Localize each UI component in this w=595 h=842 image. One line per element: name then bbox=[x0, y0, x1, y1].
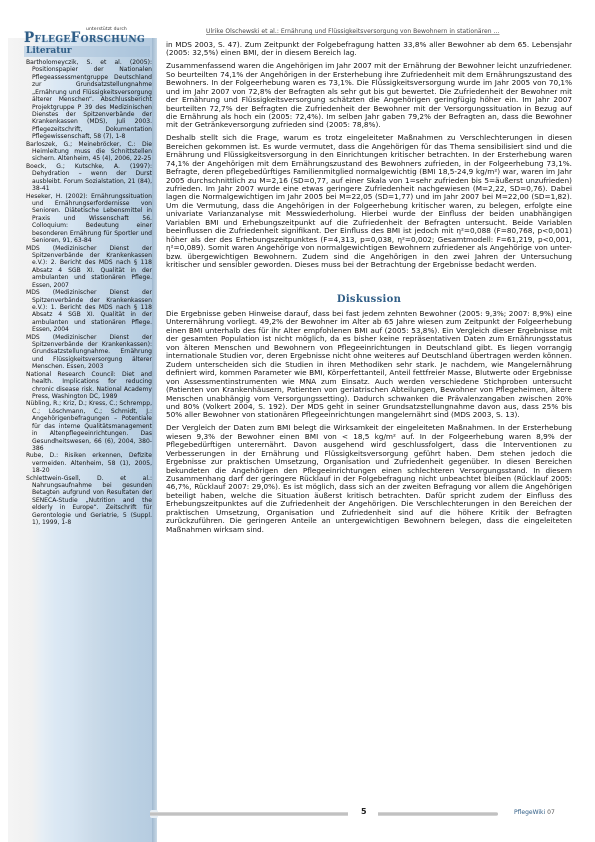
footer-rule-left bbox=[150, 812, 348, 816]
reference-item: MDS (Medizinischer Dienst der Spitzenver… bbox=[26, 289, 152, 334]
reference-item: Schlettwein-Gsell, D. et al.: Nahrungsau… bbox=[26, 475, 152, 527]
reference-item: National Research Council: Diet and heal… bbox=[26, 371, 152, 401]
journal-name: PflegeWiki bbox=[514, 809, 545, 816]
reference-item: MDS (Medizinischer Dienst der Spitzenver… bbox=[26, 245, 152, 290]
article-body: in MDS 2003, S. 47). Zum Zeitpunkt der F… bbox=[166, 41, 572, 539]
body-paragraph: Der Vergleich der Daten zum BMI belegt d… bbox=[166, 424, 572, 534]
reference-item: Nübling, R.; Kriz, D.; Kress, C.; Schrem… bbox=[26, 400, 152, 452]
running-head: Ulrike Olschewski et al.: Ernährung und … bbox=[206, 28, 499, 35]
reference-item: Rube, D.: Risiken erkennen, Defizite ver… bbox=[26, 452, 152, 474]
discussion-heading: Diskussion bbox=[166, 296, 572, 304]
body-paragraph: in MDS 2003, S. 47). Zum Zeitpunkt der F… bbox=[166, 41, 572, 58]
footer-journal: PflegeWiki 07 bbox=[514, 809, 555, 816]
journal-issue: 07 bbox=[547, 809, 555, 816]
reference-item: MDS (Medizinischer Dienst der Spitzenver… bbox=[26, 334, 152, 371]
reference-item: Boeck, G.; Kutschke, A. (1997): Dehydrat… bbox=[26, 163, 152, 193]
body-paragraph: Deshalb stellt sich die Frage, warum es … bbox=[166, 134, 572, 269]
page-number: 5 bbox=[361, 807, 367, 816]
references-list: Bartholomeyczik, S. et al. (2005): Posit… bbox=[26, 59, 152, 527]
body-paragraph: Die Ergebnisse geben Hinweise darauf, da… bbox=[166, 310, 572, 420]
reference-item: Barloszek, G.; Meinebröcker, C.: Die Hei… bbox=[26, 141, 152, 163]
body-paragraph: Zusammenfassend waren die Angehörigen im… bbox=[166, 62, 572, 130]
reference-item: Heseker, H. (2002): Ernährungssituation … bbox=[26, 193, 152, 245]
sidebar-edge bbox=[152, 38, 157, 842]
brand-logo: PflegeForschung bbox=[24, 30, 145, 46]
references-heading: Literatur bbox=[24, 46, 150, 57]
reference-item: Bartholomeyczik, S. et al. (2005): Posit… bbox=[26, 59, 152, 141]
footer-rule-right bbox=[378, 812, 498, 816]
